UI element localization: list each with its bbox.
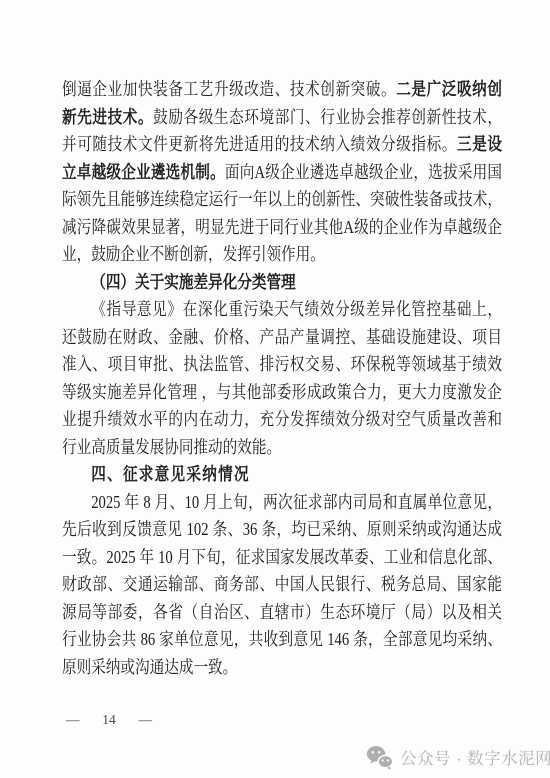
emphasis-text: 四、征求意见采纳情况 bbox=[91, 464, 250, 484]
page-number-value: 14 bbox=[102, 712, 116, 728]
body-text: 财政部、交通运输部、商务部、中国人民银行、税务总局、国家能 bbox=[62, 574, 502, 594]
body-text: 行业高质量发展协同推动的效能。 bbox=[62, 437, 281, 457]
emphasis-text: 新先进技术。 bbox=[62, 107, 153, 127]
document-page: 倒逼企业加快装备工艺升级改造、技术创新突破。二是广泛吸纳创新先进技术。鼓励各级生… bbox=[0, 0, 550, 778]
text-line: 倒逼企业加快装备工艺升级改造、技术创新突破。二是广泛吸纳创 bbox=[62, 76, 502, 104]
body-text: 行业协会共 86 家单位意见，共收到意见 146 条，全部意见均采纳、 bbox=[62, 629, 502, 649]
emphasis-text: 立卓越级企业遴选机制。 bbox=[62, 162, 225, 182]
body-text: 源局等部委，各省（自治区、直辖市）生态环境厅（局）以及相关 bbox=[62, 602, 502, 622]
body-text: 减污降碳效果显著，明显先进于同行业其他A级的企业作为卓越级企 bbox=[62, 217, 502, 237]
body-text: 面向A级企业遴选卓越级企业，选拔采用国 bbox=[225, 162, 502, 182]
emphasis-text: 三是设 bbox=[457, 134, 502, 154]
body-text: 《指导意见》在深化重污染天气绩效分级差异化管控基础上， bbox=[91, 299, 502, 319]
text-line: 源局等部委，各省（自治区、直辖市）生态环境厅（局）以及相关 bbox=[62, 599, 502, 627]
watermark: 公众号 · 数字水泥网 bbox=[366, 742, 550, 772]
wechat-icon bbox=[366, 745, 393, 770]
body-text: 先后收到反馈意见 102 条、36 条，均已采纳、原则采纳或沟通达成 bbox=[62, 519, 502, 539]
body-text: 际领先且能够连续稳定运行一年以上的创新性、突破性装备或技术， bbox=[62, 189, 502, 209]
text-line: 际领先且能够连续稳定运行一年以上的创新性、突破性装备或技术， bbox=[62, 186, 502, 214]
text-line: 准入、项目审批、执法监管、排污权交易、环保税等领域基于绩效 bbox=[62, 351, 502, 379]
body-text: 一致。2025 年 10 月下旬，征求国家发展改革委、工业和信息化部、 bbox=[62, 547, 502, 567]
body-text: 业提升绩效水平的内在动力，充分发挥绩效分级对空气质量改善和 bbox=[62, 409, 502, 429]
watermark-label: 公众号 · 数字水泥网 bbox=[400, 745, 550, 769]
document-body: 倒逼企业加快装备工艺升级改造、技术创新突破。二是广泛吸纳创新先进技术。鼓励各级生… bbox=[62, 76, 550, 681]
body-text: 2025 年 8 月、10 月上旬，两次征求部内司局和直属单位意见， bbox=[91, 492, 502, 512]
body-text: 鼓励各级生态环境部门、行业协会推荐创新性技术， bbox=[153, 107, 502, 127]
body-text: 还鼓励在财政、金融、价格、产品产量调控、基础设施建设、项目 bbox=[62, 327, 502, 347]
text-line: 先后收到反馈意见 102 条、36 条，均已采纳、原则采纳或沟通达成 bbox=[62, 516, 502, 544]
page-number-dash-left: — bbox=[66, 712, 80, 728]
body-text: 并可随技术文件更新将先进适用的技术纳入绩效分级指标。 bbox=[62, 134, 457, 154]
text-line: 四、征求意见采纳情况 bbox=[62, 461, 502, 489]
page-number: — 14 — bbox=[66, 712, 152, 728]
text-line: 一致。2025 年 10 月下旬，征求国家发展改革委、工业和信息化部、 bbox=[62, 544, 502, 572]
body-text: 业，鼓励企业不断创新，发挥引领作用。 bbox=[62, 244, 325, 264]
body-text: 等级实施差异化管理 ，与其他部委形成政策合力，更大力度激发企 bbox=[62, 382, 502, 402]
text-line: 原则采纳或沟通达成一致。 bbox=[62, 654, 502, 682]
body-text: 倒逼企业加快装备工艺升级改造、技术创新突破。 bbox=[62, 79, 396, 99]
text-line: 并可随技术文件更新将先进适用的技术纳入绩效分级指标。三是设 bbox=[62, 131, 502, 159]
text-line: 《指导意见》在深化重污染天气绩效分级差异化管控基础上， bbox=[62, 296, 502, 324]
body-text: 原则采纳或沟通达成一致。 bbox=[62, 657, 237, 677]
text-line: 2025 年 8 月、10 月上旬，两次征求部内司局和直属单位意见， bbox=[62, 489, 502, 517]
text-line: 等级实施差异化管理 ，与其他部委形成政策合力，更大力度激发企 bbox=[62, 379, 502, 407]
text-line: 财政部、交通运输部、商务部、中国人民银行、税务总局、国家能 bbox=[62, 571, 502, 599]
text-line: 减污降碳效果显著，明显先进于同行业其他A级的企业作为卓越级企 bbox=[62, 214, 502, 242]
emphasis-text: （四）关于实施差异化分类管理 bbox=[91, 272, 295, 292]
text-line: （四）关于实施差异化分类管理 bbox=[62, 269, 502, 297]
text-line: 新先进技术。鼓励各级生态环境部门、行业协会推荐创新性技术， bbox=[62, 104, 502, 132]
page-number-dash-right: — bbox=[139, 712, 153, 728]
text-line: 还鼓励在财政、金融、价格、产品产量调控、基础设施建设、项目 bbox=[62, 324, 502, 352]
text-line: 业，鼓励企业不断创新，发挥引领作用。 bbox=[62, 241, 502, 269]
emphasis-text: 二是广泛吸纳创 bbox=[396, 79, 502, 99]
text-line: 行业高质量发展协同推动的效能。 bbox=[62, 434, 502, 462]
body-text: 准入、项目审批、执法监管、排污权交易、环保税等领域基于绩效 bbox=[62, 354, 502, 374]
text-line: 行业协会共 86 家单位意见，共收到意见 146 条，全部意见均采纳、 bbox=[62, 626, 502, 654]
text-line: 立卓越级企业遴选机制。面向A级企业遴选卓越级企业，选拔采用国 bbox=[62, 159, 502, 187]
text-line: 业提升绩效水平的内在动力，充分发挥绩效分级对空气质量改善和 bbox=[62, 406, 502, 434]
